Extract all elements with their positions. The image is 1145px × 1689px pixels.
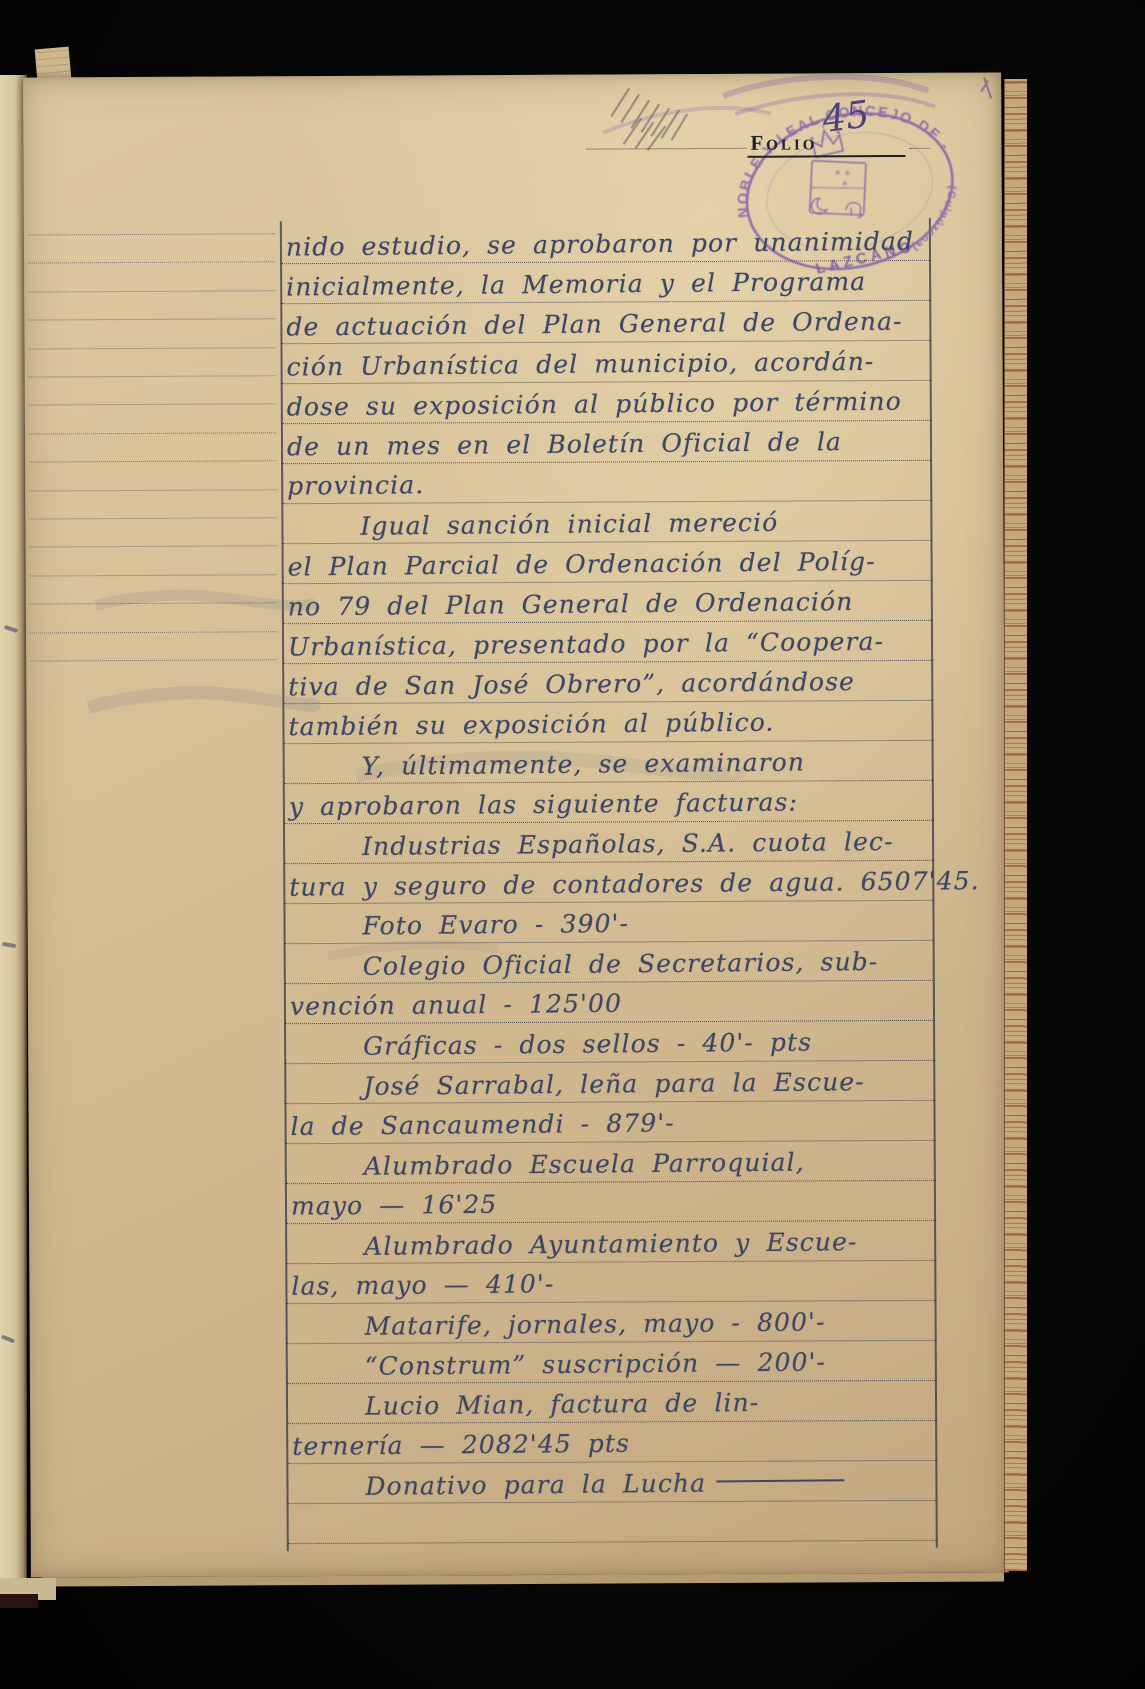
ledger-page: Folio 45 NOBLE Y LEAL CONCEJO DE - (Guip… [23,72,1009,1577]
pencil-hatch-marks [611,88,687,150]
manuscript-line-text: Lucio Mian, factura de lin- [365,1388,760,1421]
manuscript-line-text: de un mes en el Boletín Oficial de la [287,427,842,461]
margin-rule [30,631,277,633]
manuscript-line: Gráficas - dos sellos - 40'- pts [363,1023,812,1065]
manuscript-line: Y, últimamente, se examinaron [362,744,806,786]
folio-handwritten-number: 45 [820,92,872,141]
manuscript-line: Industrias Españolas, S.A. cuota lec- [362,823,894,866]
margin-rule [29,489,276,491]
manuscript-line-text: Urbanística, presentado por la “Coopera- [288,627,884,662]
manuscript-line-text: las, mayo — 410'- [291,1269,554,1301]
manuscript-line: tiva de San José Obrero”, acordándose [288,663,855,706]
margin-rule [30,602,277,604]
manuscript-line: Donativo para la Lucha [365,1463,844,1506]
margin-rule [28,262,275,264]
manuscript-line: y aprobaron las siguiente facturas: [289,783,798,826]
book-cover-corner [0,1594,38,1608]
margin-rule [28,347,275,349]
manuscript-line-text: y aprobaron las siguiente facturas: [289,787,798,821]
manuscript-line-text: Alumbrado Ayuntamiento y Escue- [364,1227,858,1261]
manuscript-line-text: “Construm” suscripción — 200'- [365,1347,826,1380]
manuscript-line: provincia. [287,466,424,505]
manuscript-line-text: Donativo para la Lucha [365,1469,706,1501]
manuscript-line-text: no 79 del Plan General de Ordenación [288,587,854,621]
manuscript-line-text: inicialmente, la Memoria y el Programa [286,267,866,302]
folio-printed-label: Folio [750,130,817,155]
manuscript-line: vención anual - 125'00 [290,985,622,1026]
manuscript-line-text: Gráficas - dos sellos - 40'- pts [363,1027,812,1060]
manuscript-line-text: Alumbrado Escuela Parroquial, [364,1148,805,1181]
book-gutter-edge [0,75,27,1599]
manuscript-line-text: Igual sanción inicial mereció [360,508,778,541]
margin-rule [29,517,276,519]
margin-rule [30,546,277,548]
margin-rule [29,404,276,406]
manuscript-line-text: tiva de San José Obrero”, acordándose [288,667,855,701]
manuscript-line: Colegio Oficial de Secretarios, sub- [363,943,879,986]
manuscript-line: de actuación del Plan General de Ordena- [286,303,903,347]
manuscript-line-text: la de Sancaumendi - 879'- [290,1108,674,1141]
trailing-ink-rule [716,1479,844,1482]
manuscript-line: las, mayo — 410'- [291,1265,554,1306]
manuscript-line-text: Y, últimamente, se examinaron [362,748,806,781]
manuscript-line-text: Matarife, jornales, mayo - 800'- [364,1307,825,1340]
manuscript-line-text: Industrias Españolas, S.A. cuota lec- [362,827,894,861]
manuscript-line: Foto Evaro - 390'- [362,905,629,946]
manuscript-line-text: dose su exposición al público por términ… [287,387,902,422]
manuscript-line: Alumbrado Escuela Parroquial, [364,1144,805,1186]
manuscript-line: “Construm” suscripción — 200'- [365,1343,827,1385]
manuscript-line-text: ción Urbanística del municipio, acordán- [286,347,874,382]
manuscript-line-text: el Plan Parcial de Ordenación del Políg- [288,547,876,582]
margin-rule [29,375,276,377]
manuscript-line-text: vención anual - 125'00 [290,989,622,1021]
manuscript-line-text: nido estudio, se aprobaron por unanimida… [286,227,914,262]
manuscript-line: también su exposición al público. [288,704,774,747]
margin-rule [28,318,275,320]
text-block-rule [288,1540,938,1544]
page-fore-edge-speckled [1004,79,1027,1571]
folio-dotted-line-right [909,148,929,149]
margin-rule [29,432,276,434]
manuscript-line-text: mayo — 16'25 [291,1190,498,1221]
manuscript-line: dose su exposición al público por términ… [287,383,902,427]
manuscript-line: mayo — 16'25 [291,1186,498,1226]
archival-photo-canvas: Folio 45 NOBLE Y LEAL CONCEJO DE - (Guip… [0,0,1145,1689]
manuscript-line-text: Foto Evaro - 390'- [362,909,629,941]
manuscript-line: tura y seguro de contadores de agua. 650… [289,862,980,907]
manuscript-line: Lucio Mian, factura de lin- [365,1384,760,1426]
manuscript-line: Matarife, jornales, mayo - 800'- [364,1303,825,1345]
manuscript-line-text: ternería — 2082'45 pts [292,1429,630,1461]
manuscript-line: no 79 del Plan General de Ordenación [288,583,854,626]
manuscript-line-text: tura y seguro de contadores de agua. 650… [289,866,980,902]
manuscript-line: Alumbrado Ayuntamiento y Escue- [364,1223,858,1266]
manuscript-line-text: también su exposición al público. [288,708,774,742]
ink-bleed-mark [1,1335,15,1344]
ink-bleed-mark [2,942,16,948]
margin-rule [28,233,275,235]
manuscript-line: ción Urbanística del municipio, acordán- [286,343,874,387]
svg-text:*: * [842,179,849,192]
manuscript-line-text: Colegio Oficial de Secretarios, sub- [363,947,879,981]
margin-rule [29,460,276,462]
manuscript-line-text: provincia. [287,470,424,500]
manuscript-line-text: de actuación del Plan General de Ordena- [286,307,902,342]
margin-rule [30,574,277,576]
binding-tab [35,47,72,82]
manuscript-line: inicialmente, la Memoria y el Programa [286,263,866,307]
manuscript-line: de un mes en el Boletín Oficial de la [287,423,842,466]
manuscript-line-text: José Sarrabal, leña para la Escue- [363,1067,865,1101]
stamp-shield-icon: * * * [810,161,867,218]
manuscript-line: el Plan Parcial de Ordenación del Políg- [287,543,875,587]
ink-bleed-mark [4,625,19,633]
manuscript-line: ternería — 2082'45 pts [292,1425,630,1466]
margin-rule [30,659,277,661]
manuscript-line: Urbanística, presentado por la “Coopera- [288,623,884,667]
margin-rule [28,290,275,292]
manuscript-line: nido estudio, se aprobaron por unanimida… [286,223,914,267]
manuscript-line: la de Sancaumendi - 879'- [290,1104,675,1146]
manuscript-line: Igual sanción inicial mereció [360,504,778,546]
manuscript-line: José Sarrabal, leña para la Escue- [363,1063,865,1106]
